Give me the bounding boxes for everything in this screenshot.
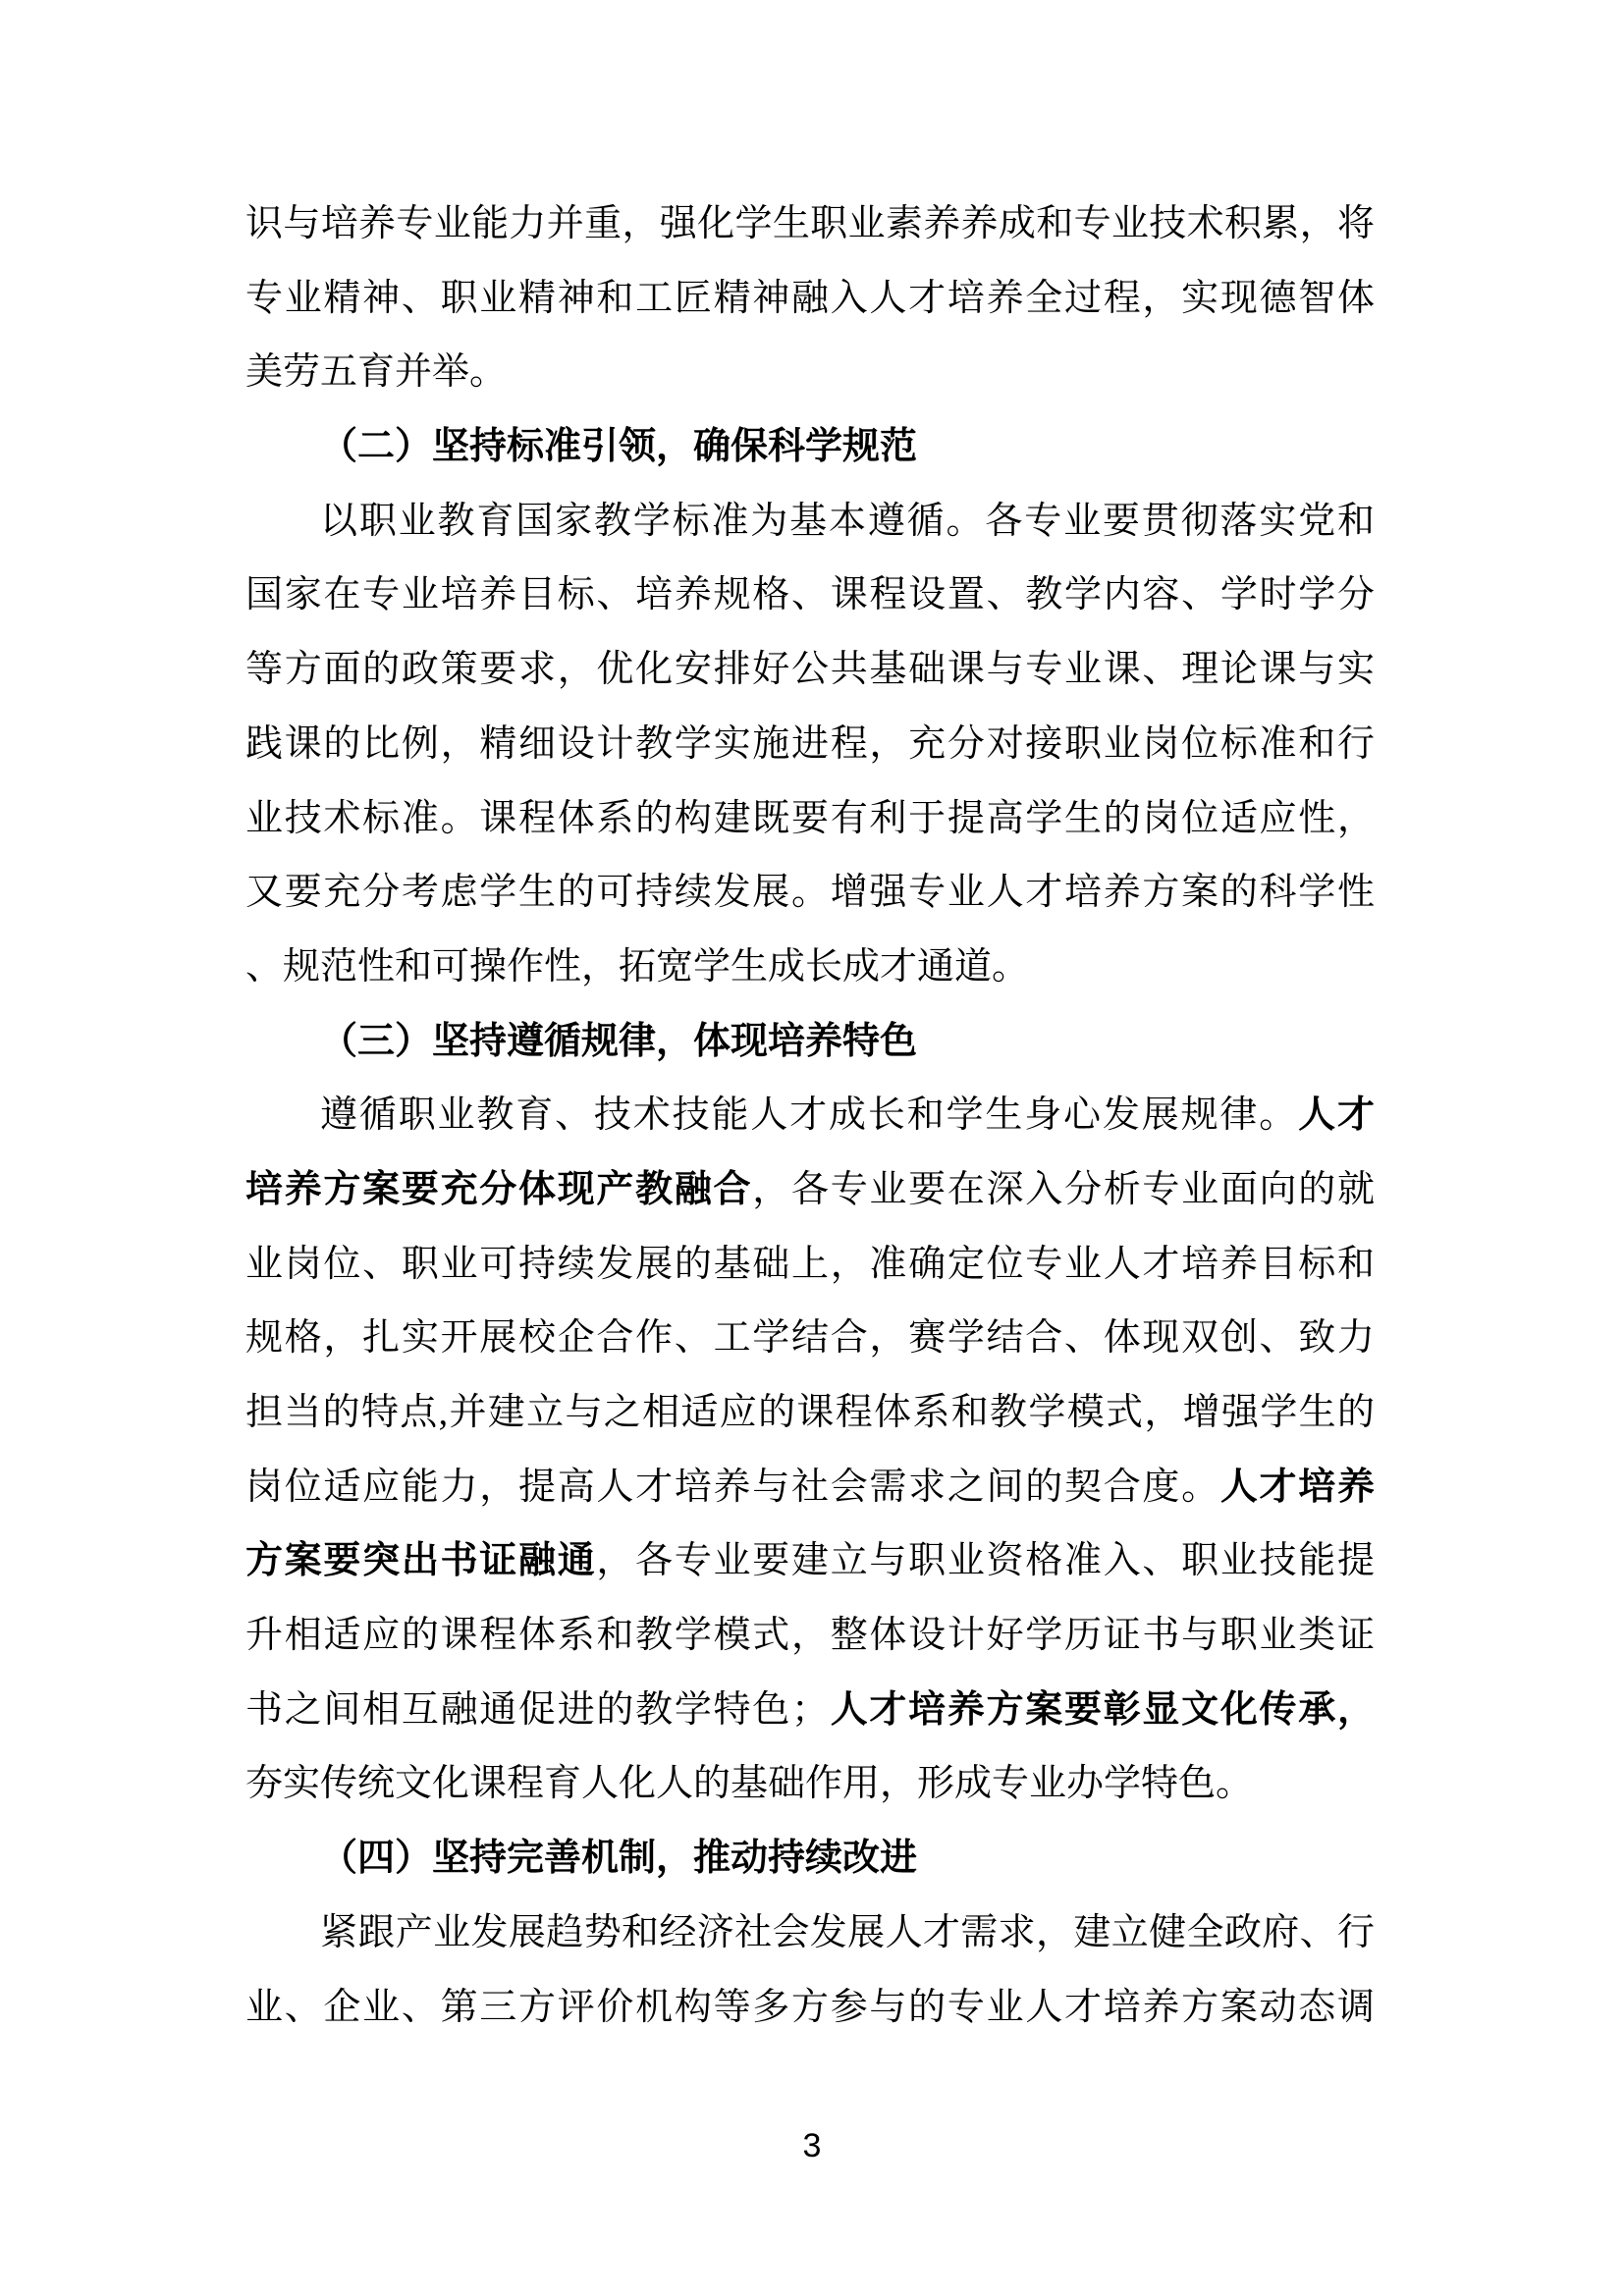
text-segment: 培养方案要充分体现产教融合 xyxy=(245,1169,752,1210)
text-line: 岗位适应能力，提高人才培养与社会需求之间的契合度。人才培养 xyxy=(245,1451,1375,1525)
text-segment: 专业精神、职业精神和工匠精神融入人才培养全过程，实现德智体 xyxy=(245,278,1375,319)
text-line: 等方面的政策要求，优化安排好公共基础课与专业课、理论课与实 xyxy=(245,633,1375,708)
text-segment: 岗位适应能力，提高人才培养与社会需求之间的契合度。 xyxy=(245,1467,1220,1508)
text-segment: 、规范性和可操作性，拓宽学生成长成才通道。 xyxy=(245,946,1029,988)
document-body: 识与培养专业能力并重，强化学生职业素养养成和专业技术积累，将专业精神、职业精神和… xyxy=(245,187,1375,2045)
text-segment: 人才培养方案要彰显文化传承， xyxy=(829,1689,1375,1731)
text-line: 升相适应的课程体系和教学模式，整体设计好学历证书与职业类证 xyxy=(245,1599,1375,1674)
text-segment: 担当的特点,并建立与之相适应的课程体系和教学模式，增强学生的 xyxy=(245,1392,1375,1433)
section-heading: （四）坚持完善机制，推动持续改进 xyxy=(245,1822,1375,1896)
text-segment: 业技术标准。课程体系的构建既要有利于提高学生的岗位适应性， xyxy=(245,798,1375,839)
text-line: 、规范性和可操作性，拓宽学生成长成才通道。 xyxy=(245,931,1375,1005)
text-segment: ，各专业要在深入分析专业面向的就 xyxy=(752,1169,1375,1210)
text-line: 遵循职业教育、技术技能人才成长和学生身心发展规律。人才 xyxy=(245,1079,1375,1153)
text-line: 夯实传统文化课程育人化人的基础作用，形成专业办学特色。 xyxy=(245,1747,1375,1822)
text-segment: 识与培养专业能力并重，强化学生职业素养养成和专业技术积累，将 xyxy=(245,203,1375,244)
section-heading: （二）坚持标准引领，确保科学规范 xyxy=(245,410,1375,485)
text-line: 方案要突出书证融通，各专业要建立与职业资格准入、职业技能提 xyxy=(245,1524,1375,1599)
text-segment: （三）坚持遵循规律，体现培养特色 xyxy=(320,1021,917,1062)
text-line: 美劳五育并举。 xyxy=(245,336,1375,410)
section-heading: （三）坚持遵循规律，体现培养特色 xyxy=(245,1005,1375,1080)
text-line: 培养方案要充分体现产教融合，各专业要在深入分析专业面向的就 xyxy=(245,1153,1375,1228)
text-segment: （二）坚持标准引领，确保科学规范 xyxy=(320,426,917,467)
text-segment: 紧跟产业发展趋势和经济社会发展人才需求，建立健全政府、行 xyxy=(320,1912,1375,1953)
text-segment: 书之间相互融通促进的教学特色； xyxy=(245,1689,829,1731)
page-number: 3 xyxy=(0,2118,1624,2173)
text-segment: 美劳五育并举。 xyxy=(245,351,507,393)
text-line: 业技术标准。课程体系的构建既要有利于提高学生的岗位适应性， xyxy=(245,782,1375,857)
text-segment: （四）坚持完善机制，推动持续改进 xyxy=(320,1838,917,1879)
text-line: 紧跟产业发展趋势和经济社会发展人才需求，建立健全政府、行 xyxy=(245,1896,1375,1971)
text-line: 践课的比例，精细设计教学实施进程，充分对接职业岗位标准和行 xyxy=(245,708,1375,782)
text-line: 国家在专业培养目标、培养规格、课程设置、教学内容、学时学分 xyxy=(245,559,1375,633)
text-line: 又要充分考虑学生的可持续发展。增强专业人才培养方案的科学性 xyxy=(245,856,1375,931)
text-line: 以职业教育国家教学标准为基本遵循。各专业要贯彻落实党和 xyxy=(245,485,1375,560)
text-segment: 夯实传统文化课程育人化人的基础作用，形成专业办学特色。 xyxy=(245,1763,1253,1804)
text-segment: 规格，扎实开展校企合作、工学结合，赛学结合、体现双创、致力 xyxy=(245,1317,1375,1359)
text-line: 担当的特点,并建立与之相适应的课程体系和教学模式，增强学生的 xyxy=(245,1376,1375,1451)
text-segment: 践课的比例，精细设计教学实施进程，充分对接职业岗位标准和行 xyxy=(245,723,1375,765)
text-line: 识与培养专业能力并重，强化学生职业素养养成和专业技术积累，将 xyxy=(245,187,1375,262)
text-line: 规格，扎实开展校企合作、工学结合，赛学结合、体现双创、致力 xyxy=(245,1302,1375,1376)
text-segment: 业岗位、职业可持续发展的基础上，准确定位专业人才培养目标和 xyxy=(245,1244,1375,1285)
text-line: 书之间相互融通促进的教学特色；人才培养方案要彰显文化传承， xyxy=(245,1674,1375,1748)
text-line: 专业精神、职业精神和工匠精神融入人才培养全过程，实现德智体 xyxy=(245,262,1375,337)
text-segment: 业、企业、第三方评价机构等多方参与的专业人才培养方案动态调 xyxy=(245,1987,1375,2028)
text-segment: 人才培养 xyxy=(1220,1467,1375,1508)
text-segment: 升相适应的课程体系和教学模式，整体设计好学历证书与职业类证 xyxy=(245,1615,1375,1656)
text-segment: 以职业教育国家教学标准为基本遵循。各专业要贯彻落实党和 xyxy=(320,501,1375,542)
text-line: 业岗位、职业可持续发展的基础上，准确定位专业人才培养目标和 xyxy=(245,1228,1375,1303)
text-segment: 遵循职业教育、技术技能人才成长和学生身心发展规律。 xyxy=(320,1095,1298,1136)
document-page: 识与培养专业能力并重，强化学生职业素养养成和专业技术积累，将专业精神、职业精神和… xyxy=(0,0,1624,2296)
text-segment: ，各专业要建立与职业资格准入、职业技能提 xyxy=(596,1540,1375,1581)
text-segment: 方案要突出书证融通 xyxy=(245,1540,596,1581)
text-line: 业、企业、第三方评价机构等多方参与的专业人才培养方案动态调 xyxy=(245,1971,1375,2046)
text-segment: 人才 xyxy=(1298,1095,1375,1136)
text-segment: 等方面的政策要求，优化安排好公共基础课与专业课、理论课与实 xyxy=(245,649,1375,690)
text-segment: 又要充分考虑学生的可持续发展。增强专业人才培养方案的科学性 xyxy=(245,872,1375,913)
text-segment: 国家在专业培养目标、培养规格、课程设置、教学内容、学时学分 xyxy=(245,574,1375,615)
